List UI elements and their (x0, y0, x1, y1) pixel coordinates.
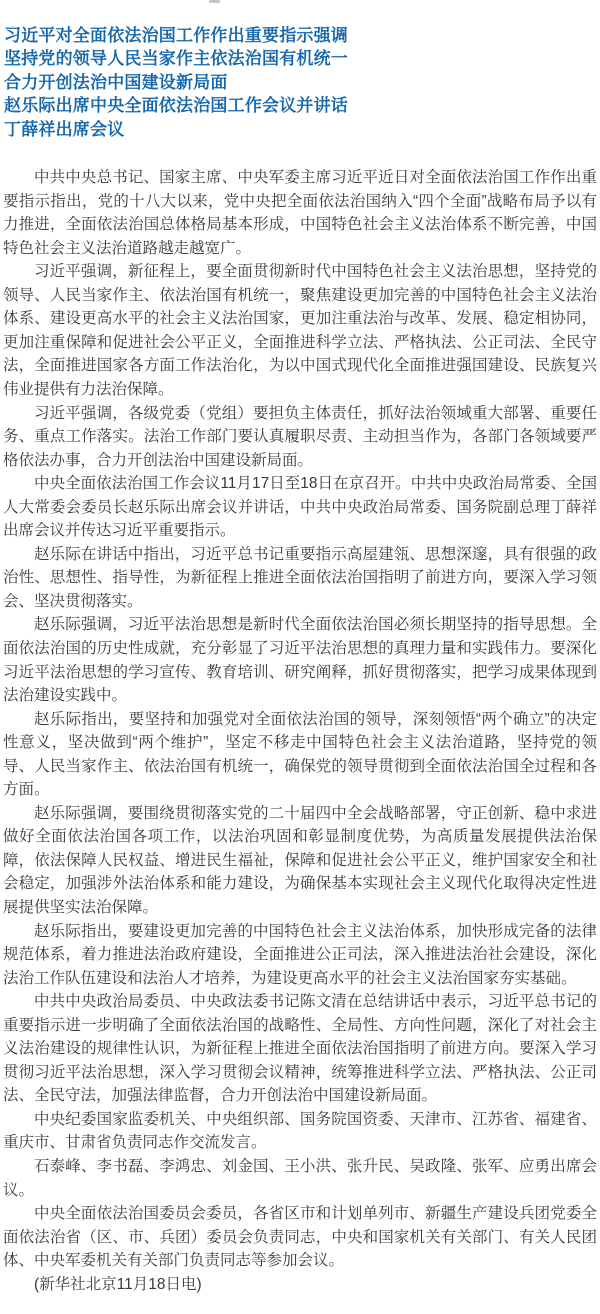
paragraph-lead: 中共中央总书记、国家主席、中央军委主席习近平近日对全面依法治国工作作出重要指示指… (3, 166, 597, 260)
paragraph: 赵乐际在讲话中指出，习近平总书记重要指示高屋建瓴、思想深邃，具有很强的政治性、思… (3, 543, 597, 614)
paragraph: 习近平强调，新征程上，要全面贯彻新时代中国特色社会主义法治思想，坚持党的领导、人… (3, 260, 597, 401)
paragraph: 石泰峰、李书磊、李鸿忠、刘金国、王小洪、张升民、吴政隆、张军、应勇出席会议。 (3, 1155, 597, 1202)
article-headline: 习近平对全面依法治国工作作出重要指示强调 坚持党的领导人民当家作主依法治国有机统… (4, 24, 596, 141)
headline-line-2: 坚持党的领导人民当家作主依法治国有机统一 (4, 47, 596, 70)
paragraph: 赵乐际指出，要建设更加完善的中国特色社会主义法治体系，加快形成完备的法律规范体系… (3, 920, 597, 991)
paragraph: 中央纪委国家监委机关、中央组织部、国务院国资委、天津市、江苏省、福建省、重庆市、… (3, 1108, 597, 1155)
paragraph: 赵乐际强调，要围绕贯彻落实党的二十届四中全会战略部署，守正创新、稳中求进做好全面… (3, 802, 597, 920)
paragraph: 习近平强调，各级党委（党组）要担负主体责任，抓好法治领域重大部署、重要任务、重点… (3, 402, 597, 473)
headline-line-4: 赵乐际出席中央全面依法治国工作会议并讲话 (4, 94, 596, 117)
paragraph: 中共中央政治局委员、中央政法委书记陈文清在总结讲话中表示，习近平总书记的重要指示… (3, 990, 597, 1108)
article-page: 习近平对全面依法治国工作作出重要指示强调 坚持党的领导人民当家作主依法治国有机统… (0, 24, 600, 1296)
headline-line-3: 合力开创法治中国建设新局面 (4, 71, 596, 94)
paragraph: 中央全面依法治国工作会议11月17日至18日在京召开。中共中央政治局常委、全国人… (3, 472, 597, 543)
paragraph: 赵乐际指出，要坚持和加强党对全面依法治国的领导，深刻领悟“两个确立”的决定性意义… (3, 708, 597, 802)
headline-line-5: 丁薛祥出席会议 (4, 118, 596, 141)
paragraph: 中央全面依法治国委员会委员，各省区市和计划单列市、新疆生产建设兵团党委全面依法治… (3, 1202, 597, 1273)
headline-line-1: 习近平对全面依法治国工作作出重要指示强调 (4, 24, 596, 47)
paragraph: 赵乐际强调，习近平法治思想是新时代全面依法治国必须长期坚持的指导思想。全面依法治… (3, 613, 597, 707)
article-body: 中共中央总书记、国家主席、中央军委主席习近平近日对全面依法治国工作作出重要指示指… (3, 166, 597, 1296)
paragraph-dateline: (新华社北京11月18日电) (3, 1273, 597, 1297)
cropped-text-fragment (209, 0, 220, 3)
